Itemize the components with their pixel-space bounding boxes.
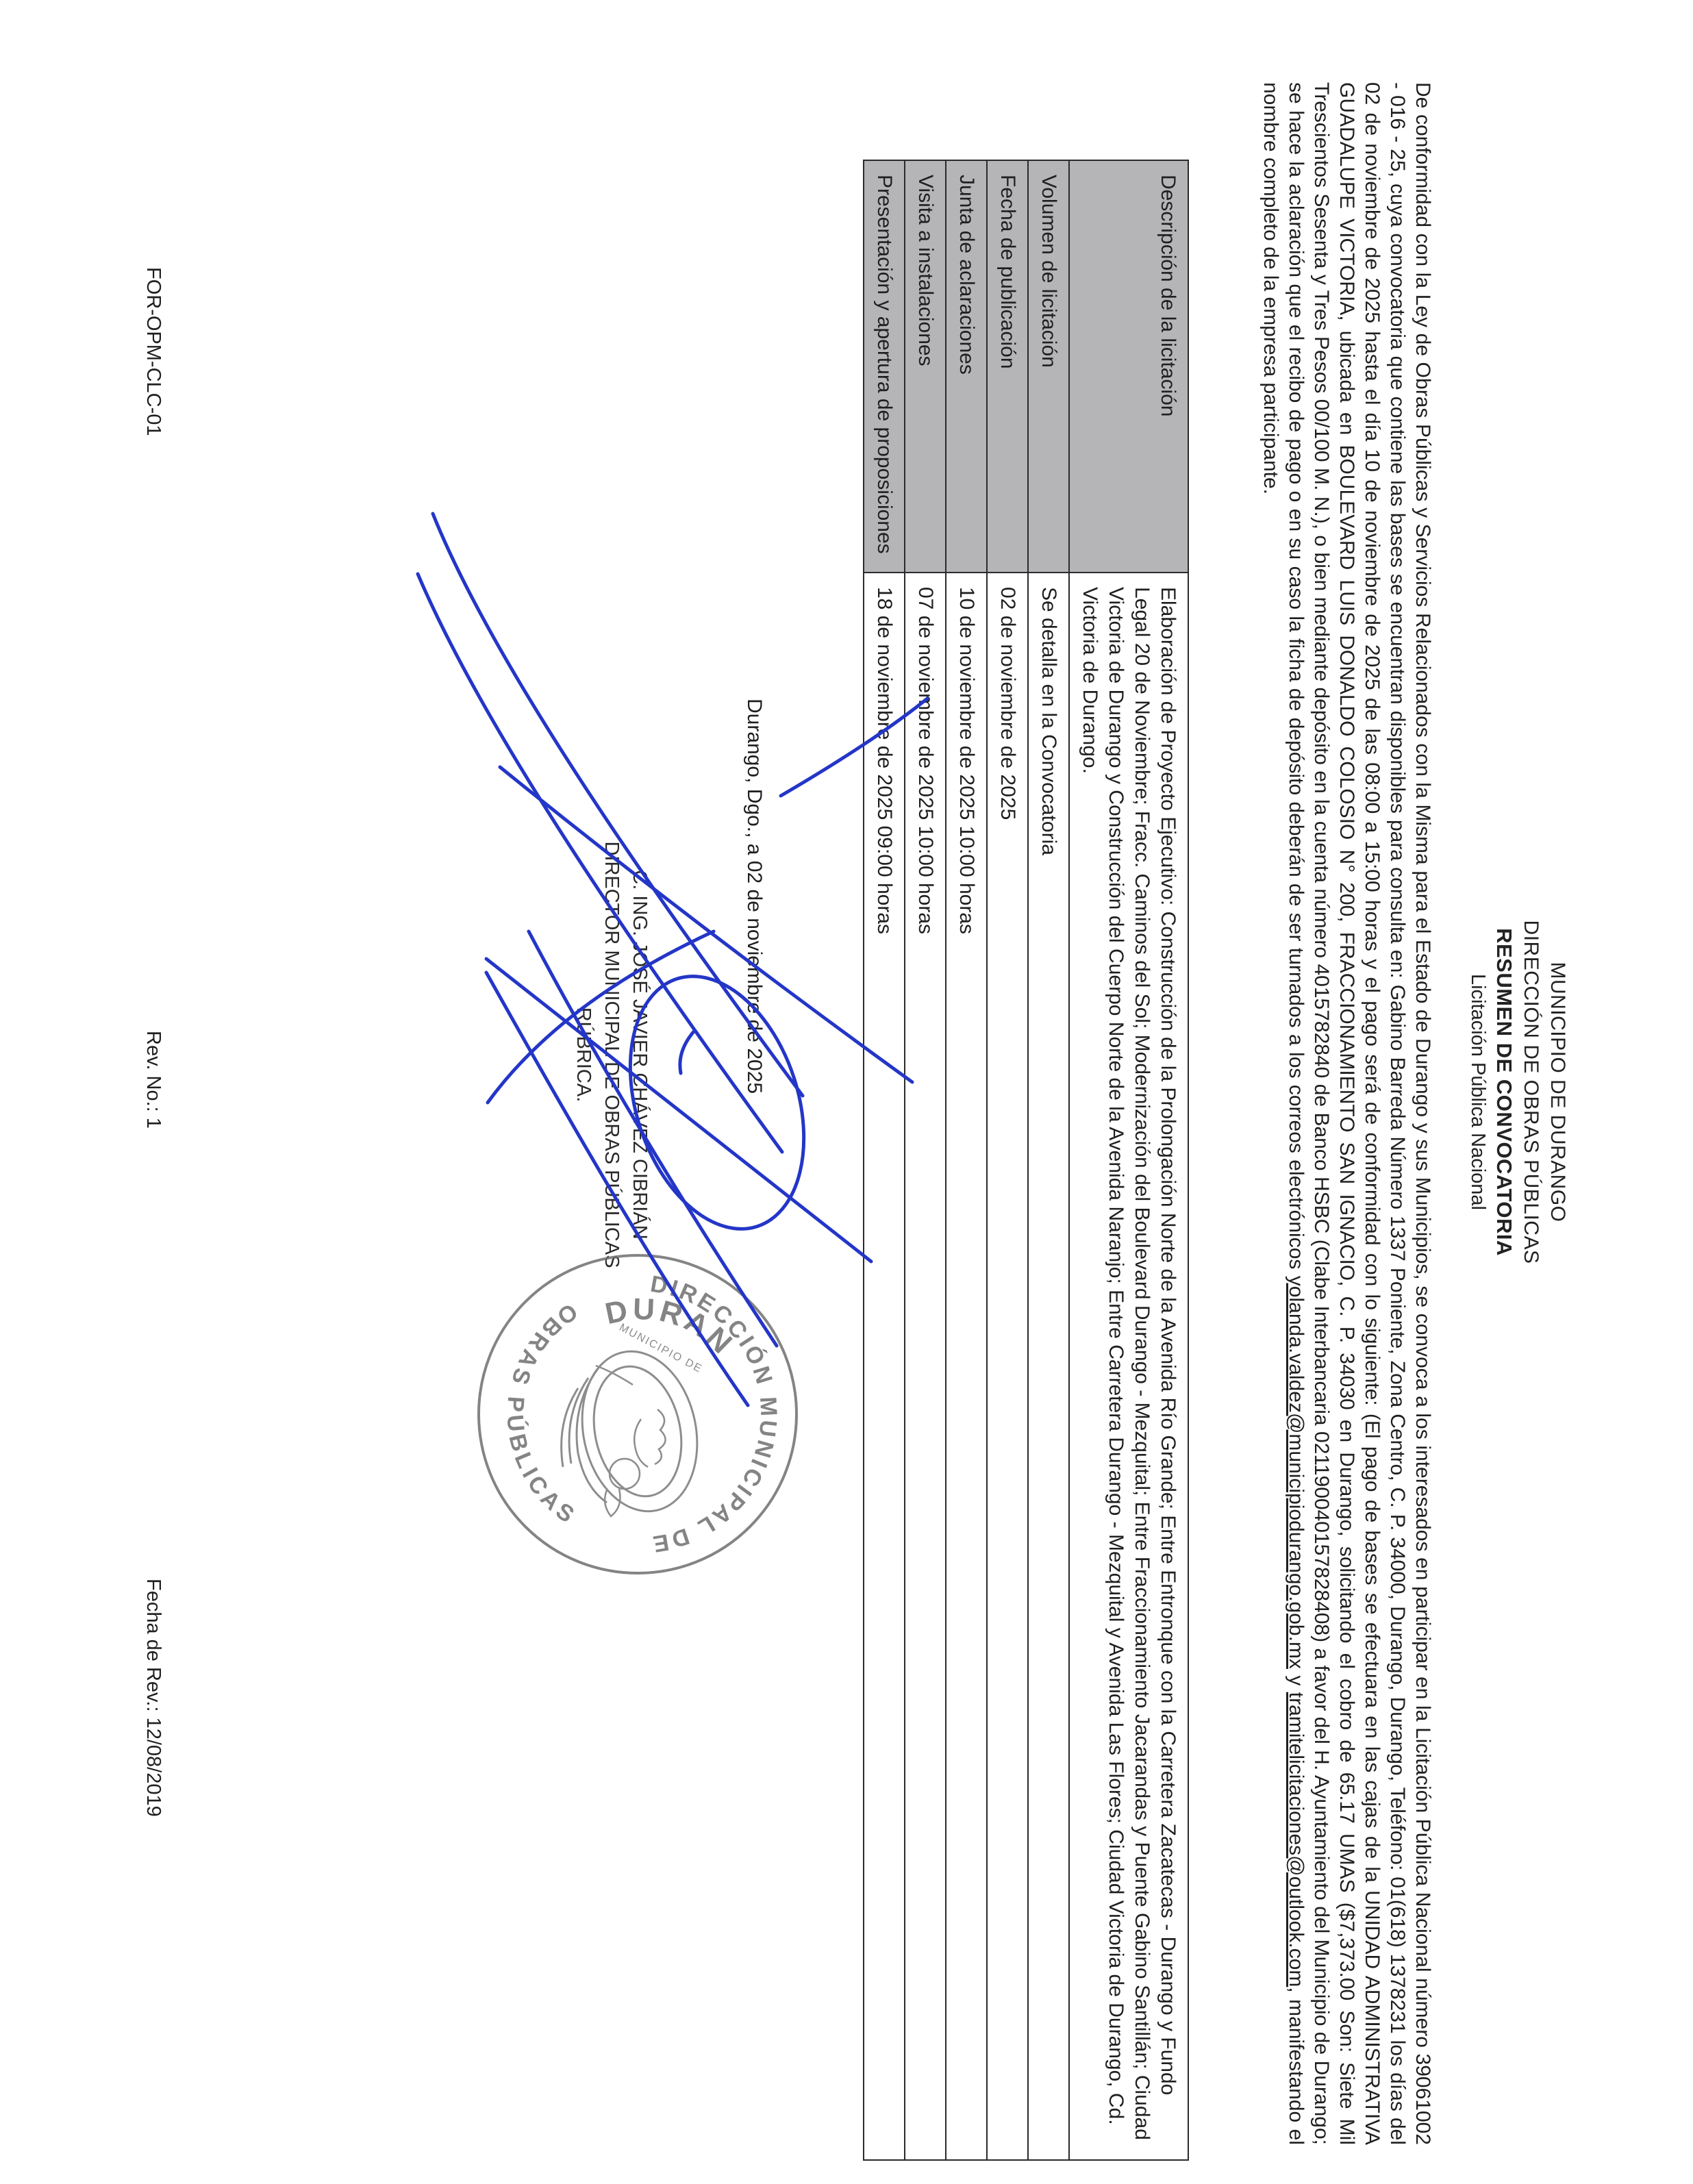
row-value-fecha-publicacion: 02 de noviembre de 2025 [987, 573, 1028, 2160]
row-value-volumen: Se detalla en la Convocatoria [1028, 573, 1069, 2160]
row-label-visita-instalaciones: Visita a instalaciones [905, 160, 946, 573]
letterhead-department: DIRECCIÓN DE OBRAS PÚBLICAS [1518, 0, 1544, 2184]
row-value-presentacion-apertura: 18 de noviembre de 2025 09:00 horas [864, 573, 905, 2160]
signatory-title: DIRECTOR MUNICIPAL DE OBRAS PÚBLICAS [597, 781, 625, 1329]
licitacion-table: Descripción de la licitación Elaboración… [863, 160, 1189, 2161]
table-row: Fecha de publicación 02 de noviembre de … [987, 160, 1028, 2160]
signatory-name: C. ING. JOSÉ JAVIER CHÁVEZ CIBRIÁN [625, 781, 653, 1329]
scanned-document-page: MUNICIPIO DE DURANGO DIRECCIÓN DE OBRAS … [0, 0, 1693, 2184]
table-row: Descripción de la licitación Elaboración… [1069, 160, 1188, 2160]
row-value-visita-instalaciones: 07 de noviembre de 2025 10:00 horas [905, 573, 946, 2160]
place-date-line: Durango, Dgo., a 02 de noviembre de 2025 [742, 699, 766, 1094]
row-label-junta-aclaraciones: Junta de aclaraciones [946, 160, 987, 573]
paragraph-text-2: y [1285, 1669, 1307, 1692]
row-label-presentacion-apertura: Presentación y apertura de proposiciones [864, 160, 905, 573]
footer-revision-date: Fecha de Rev.: 12/08/2019 [142, 1579, 164, 1817]
convocatoria-paragraph: De conformidad con la Ley de Obras Públi… [1258, 82, 1435, 2145]
row-value-junta-aclaraciones: 10 de noviembre de 2025 10:00 horas [946, 573, 987, 2160]
email-yolanda: yolanda.valdez@municipiodurango.gob.mx [1285, 1276, 1307, 1669]
row-label-fecha-publicacion: Fecha de publicación [987, 160, 1028, 573]
letterhead-municipality: MUNICIPIO DE DURANGO [1544, 0, 1571, 2184]
table-row: Presentación y apertura de proposiciones… [864, 160, 905, 2160]
document-subtitle: Licitación Pública Nacional [1464, 0, 1491, 2184]
email-tramites: tramitelicitaciones@outlook.com [1285, 1692, 1307, 1987]
signature-rubric-label: RÚBRICA. [569, 781, 597, 1329]
row-value-descripcion: Elaboración de Proyecto Ejecutivo: Const… [1069, 573, 1188, 2160]
table-row: Junta de aclaraciones 10 de noviembre de… [946, 160, 987, 2160]
table-row: Visita a instalaciones 07 de noviembre d… [905, 160, 946, 2160]
table-row: Volumen de licitación Se detalla en la C… [1028, 160, 1069, 2160]
document-letterhead: MUNICIPIO DE DURANGO DIRECCIÓN DE OBRAS … [1464, 0, 1571, 2184]
office-seal-stamp: DIRECCIÓN MUNICIPAL DE OBRAS PÚBLICAS MU… [471, 1248, 804, 1581]
document-title: RESUMEN DE CONVOCATORIA [1491, 0, 1518, 2184]
row-label-volumen: Volumen de licitación [1028, 160, 1069, 573]
row-label-descripcion: Descripción de la licitación [1069, 160, 1188, 573]
document-reading-orientation: MUNICIPIO DE DURANGO DIRECCIÓN DE OBRAS … [0, 0, 1693, 2184]
footer-revision-number: Rev. No.: 1 [142, 1031, 164, 1129]
footer-form-number: FOR-OPM-CLC-01 [142, 267, 164, 436]
signature-block: C. ING. JOSÉ JAVIER CHÁVEZ CIBRIÁN DIREC… [569, 781, 653, 1329]
stamp-ring-bottom-text: OBRAS PÚBLICAS [501, 1298, 582, 1530]
